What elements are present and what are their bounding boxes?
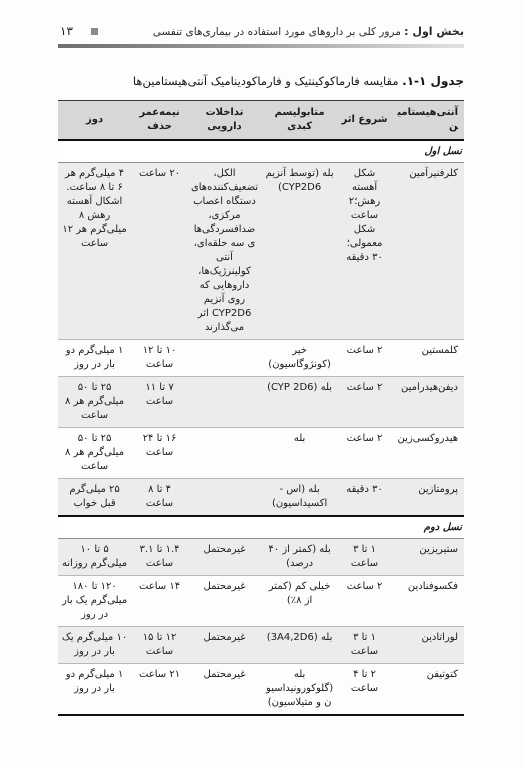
table-row: کتوتیفن ۲ تا ۴ ساعت بله (گلوکورونیداسیون…	[58, 664, 464, 716]
table-row: ستیریزین ۱ تا ۳ ساعت بله (کمتر از ۴۰ درص…	[58, 539, 464, 576]
dose-cell: ۲۵ تا ۵۰ میلی‌گرم هر ۸ ساعت	[58, 377, 131, 428]
halflife-cell: ۱۲ تا ۱۵ ساعت	[131, 627, 188, 664]
drug-name: دیفن‌هیدرامین	[391, 377, 464, 428]
onset-cell: ۱ تا ۳ ساعت	[338, 539, 391, 576]
dose-cell: ۱ میلی‌گرم دو بار در روز	[58, 340, 131, 377]
drug-name: لوراتادین	[391, 627, 464, 664]
metabolism-cell: بله (CYP 2D6)	[261, 377, 338, 428]
col-header-antihistamine: آنتی‌هیستامین	[391, 101, 464, 141]
table-row: کلمستین ۲ ساعت خیر (کونژوگاسیون) ۱۰ تا ۱…	[58, 340, 464, 377]
onset-cell: ۳۰ دقیقه	[338, 479, 391, 517]
metabolism-cell: بله (3A4,2D6)	[261, 627, 338, 664]
onset-cell: شکل آهسته رهش؛۲ ساعت شکل معمولی؛ ۳۰ دقیق…	[338, 163, 391, 340]
interactions-cell: غیرمحتمل	[188, 539, 261, 576]
dose-cell: ۲۵ تا ۵۰ میلی‌گرم هر ۸ ساعت	[58, 428, 131, 479]
drug-name: ستیریزین	[391, 539, 464, 576]
metabolism-cell: خیلی کم (کمتر از ۸٪)	[261, 576, 338, 627]
section-row-first-generation: نسل اول	[58, 140, 464, 163]
halflife-cell: ۲۰ ساعت	[131, 163, 188, 340]
table-row: پرومتازین ۳۰ دقیقه بله (اس - اکسیداسیون)…	[58, 479, 464, 517]
page-number: ۱۳	[58, 24, 73, 38]
drug-name: هیدروکسی‌زین	[391, 428, 464, 479]
drug-name: کتوتیفن	[391, 664, 464, 716]
halflife-cell: ۱۶ تا ۲۴ ساعت	[131, 428, 188, 479]
dose-cell: ۲۵ میلی‌گرم قبل خواب	[58, 479, 131, 517]
dose-cell: ۱۲۰ تا ۱۸۰ میلی‌گرم یک بار در روز	[58, 576, 131, 627]
onset-cell: ۲ ساعت	[338, 377, 391, 428]
metabolism-cell: بله (توسط آنزیم CYP2D6)	[261, 163, 338, 340]
metabolism-cell: بله (گلوکورونیداسیون و متیلاسیون)	[261, 664, 338, 716]
running-header: بخش اول : مرور کلی بر داروهای مورد استفا…	[58, 24, 464, 38]
interactions-cell: غیرمحتمل	[188, 627, 261, 664]
dose-cell: ۱۰ میلی‌گرم یک بار در روز	[58, 627, 131, 664]
table-caption-number: جدول ۱-۱.	[402, 74, 464, 88]
interactions-cell	[188, 377, 261, 428]
col-header-metabolism: متابولیسم کبدی	[261, 101, 338, 141]
halflife-cell: ۲۱ ساعت	[131, 664, 188, 716]
square-bullet-icon	[91, 28, 98, 35]
drug-name: کلرفنیرآمین	[391, 163, 464, 340]
table-header-row: آنتی‌هیستامین شروع اثر متابولیسم کبدی تد…	[58, 101, 464, 141]
halflife-cell: ۷ تا ۱۱ ساعت	[131, 377, 188, 428]
section-label: نسل اول	[58, 140, 464, 163]
drug-name: پرومتازین	[391, 479, 464, 517]
interactions-cell	[188, 428, 261, 479]
table-row: فکسوفنادین ۲ ساعت خیلی کم (کمتر از ۸٪) غ…	[58, 576, 464, 627]
onset-cell: ۲ ساعت	[338, 428, 391, 479]
onset-cell: ۱ تا ۳ ساعت	[338, 627, 391, 664]
dose-cell: ۵ تا ۱۰ میلی‌گرم روزانه	[58, 539, 131, 576]
onset-cell: ۲ ساعت	[338, 576, 391, 627]
onset-cell: ۲ ساعت	[338, 340, 391, 377]
drug-name: فکسوفنادین	[391, 576, 464, 627]
metabolism-cell: بله (کمتر از ۴۰ درصد)	[261, 539, 338, 576]
col-header-interactions: تداخلات دارویی	[188, 101, 261, 141]
table-row: لوراتادین ۱ تا ۳ ساعت بله (3A4,2D6) غیرم…	[58, 627, 464, 664]
book-page: بخش اول : مرور کلی بر داروهای مورد استفا…	[0, 0, 524, 768]
table-row: هیدروکسی‌زین ۲ ساعت بله ۱۶ تا ۲۴ ساعت ۲۵…	[58, 428, 464, 479]
metabolism-cell: بله (اس - اکسیداسیون)	[261, 479, 338, 517]
col-header-onset: شروع اثر	[338, 101, 391, 141]
dose-cell: ۱ میلی‌گرم دو بار در روز	[58, 664, 131, 716]
section-label: نسل دوم	[58, 516, 464, 539]
table-caption: جدول ۱-۱. مقایسه فارماکوکینتیک و فارماکو…	[58, 74, 464, 88]
dose-cell: ۴ میلی‌گرم هر ۶ تا ۸ ساعت. اشکال آهسته ر…	[58, 163, 131, 340]
col-header-dose: دوز	[58, 101, 131, 141]
section-label: بخش اول :	[404, 25, 464, 38]
interactions-cell: غیرمحتمل	[188, 576, 261, 627]
section-row-second-generation: نسل دوم	[58, 516, 464, 539]
drug-name: کلمستین	[391, 340, 464, 377]
halflife-cell: ۴ تا ۸ ساعت	[131, 479, 188, 517]
halflife-cell: ۱.۴ تا ۳.۱ ساعت	[131, 539, 188, 576]
antihistamine-table: آنتی‌هیستامین شروع اثر متابولیسم کبدی تد…	[58, 100, 464, 716]
section-title: مرور کلی بر داروهای مورد استفاده در بیما…	[153, 26, 401, 38]
col-header-halflife: نیمه‌عمر حذف	[131, 101, 188, 141]
interactions-cell: الکل، تضعیف‌کننده‌های دستگاه اعصاب مرکزی…	[188, 163, 261, 340]
header-rule	[58, 44, 464, 48]
metabolism-cell: خیر (کونژوگاسیون)	[261, 340, 338, 377]
onset-cell: ۲ تا ۴ ساعت	[338, 664, 391, 716]
halflife-cell: ۱۰ تا ۱۲ ساعت	[131, 340, 188, 377]
interactions-cell: غیرمحتمل	[188, 664, 261, 716]
halflife-cell: ۱۴ ساعت	[131, 576, 188, 627]
interactions-cell	[188, 479, 261, 517]
running-header-text: بخش اول : مرور کلی بر داروهای مورد استفا…	[112, 25, 464, 38]
table-row: دیفن‌هیدرامین ۲ ساعت بله (CYP 2D6) ۷ تا …	[58, 377, 464, 428]
table-caption-text: مقایسه فارماکوکینتیک و فارماکودینامیک آن…	[133, 74, 399, 88]
metabolism-cell: بله	[261, 428, 338, 479]
interactions-cell	[188, 340, 261, 377]
page-content: بخش اول : مرور کلی بر داروهای مورد استفا…	[58, 24, 464, 716]
table-row: کلرفنیرآمین شکل آهسته رهش؛۲ ساعت شکل معم…	[58, 163, 464, 340]
